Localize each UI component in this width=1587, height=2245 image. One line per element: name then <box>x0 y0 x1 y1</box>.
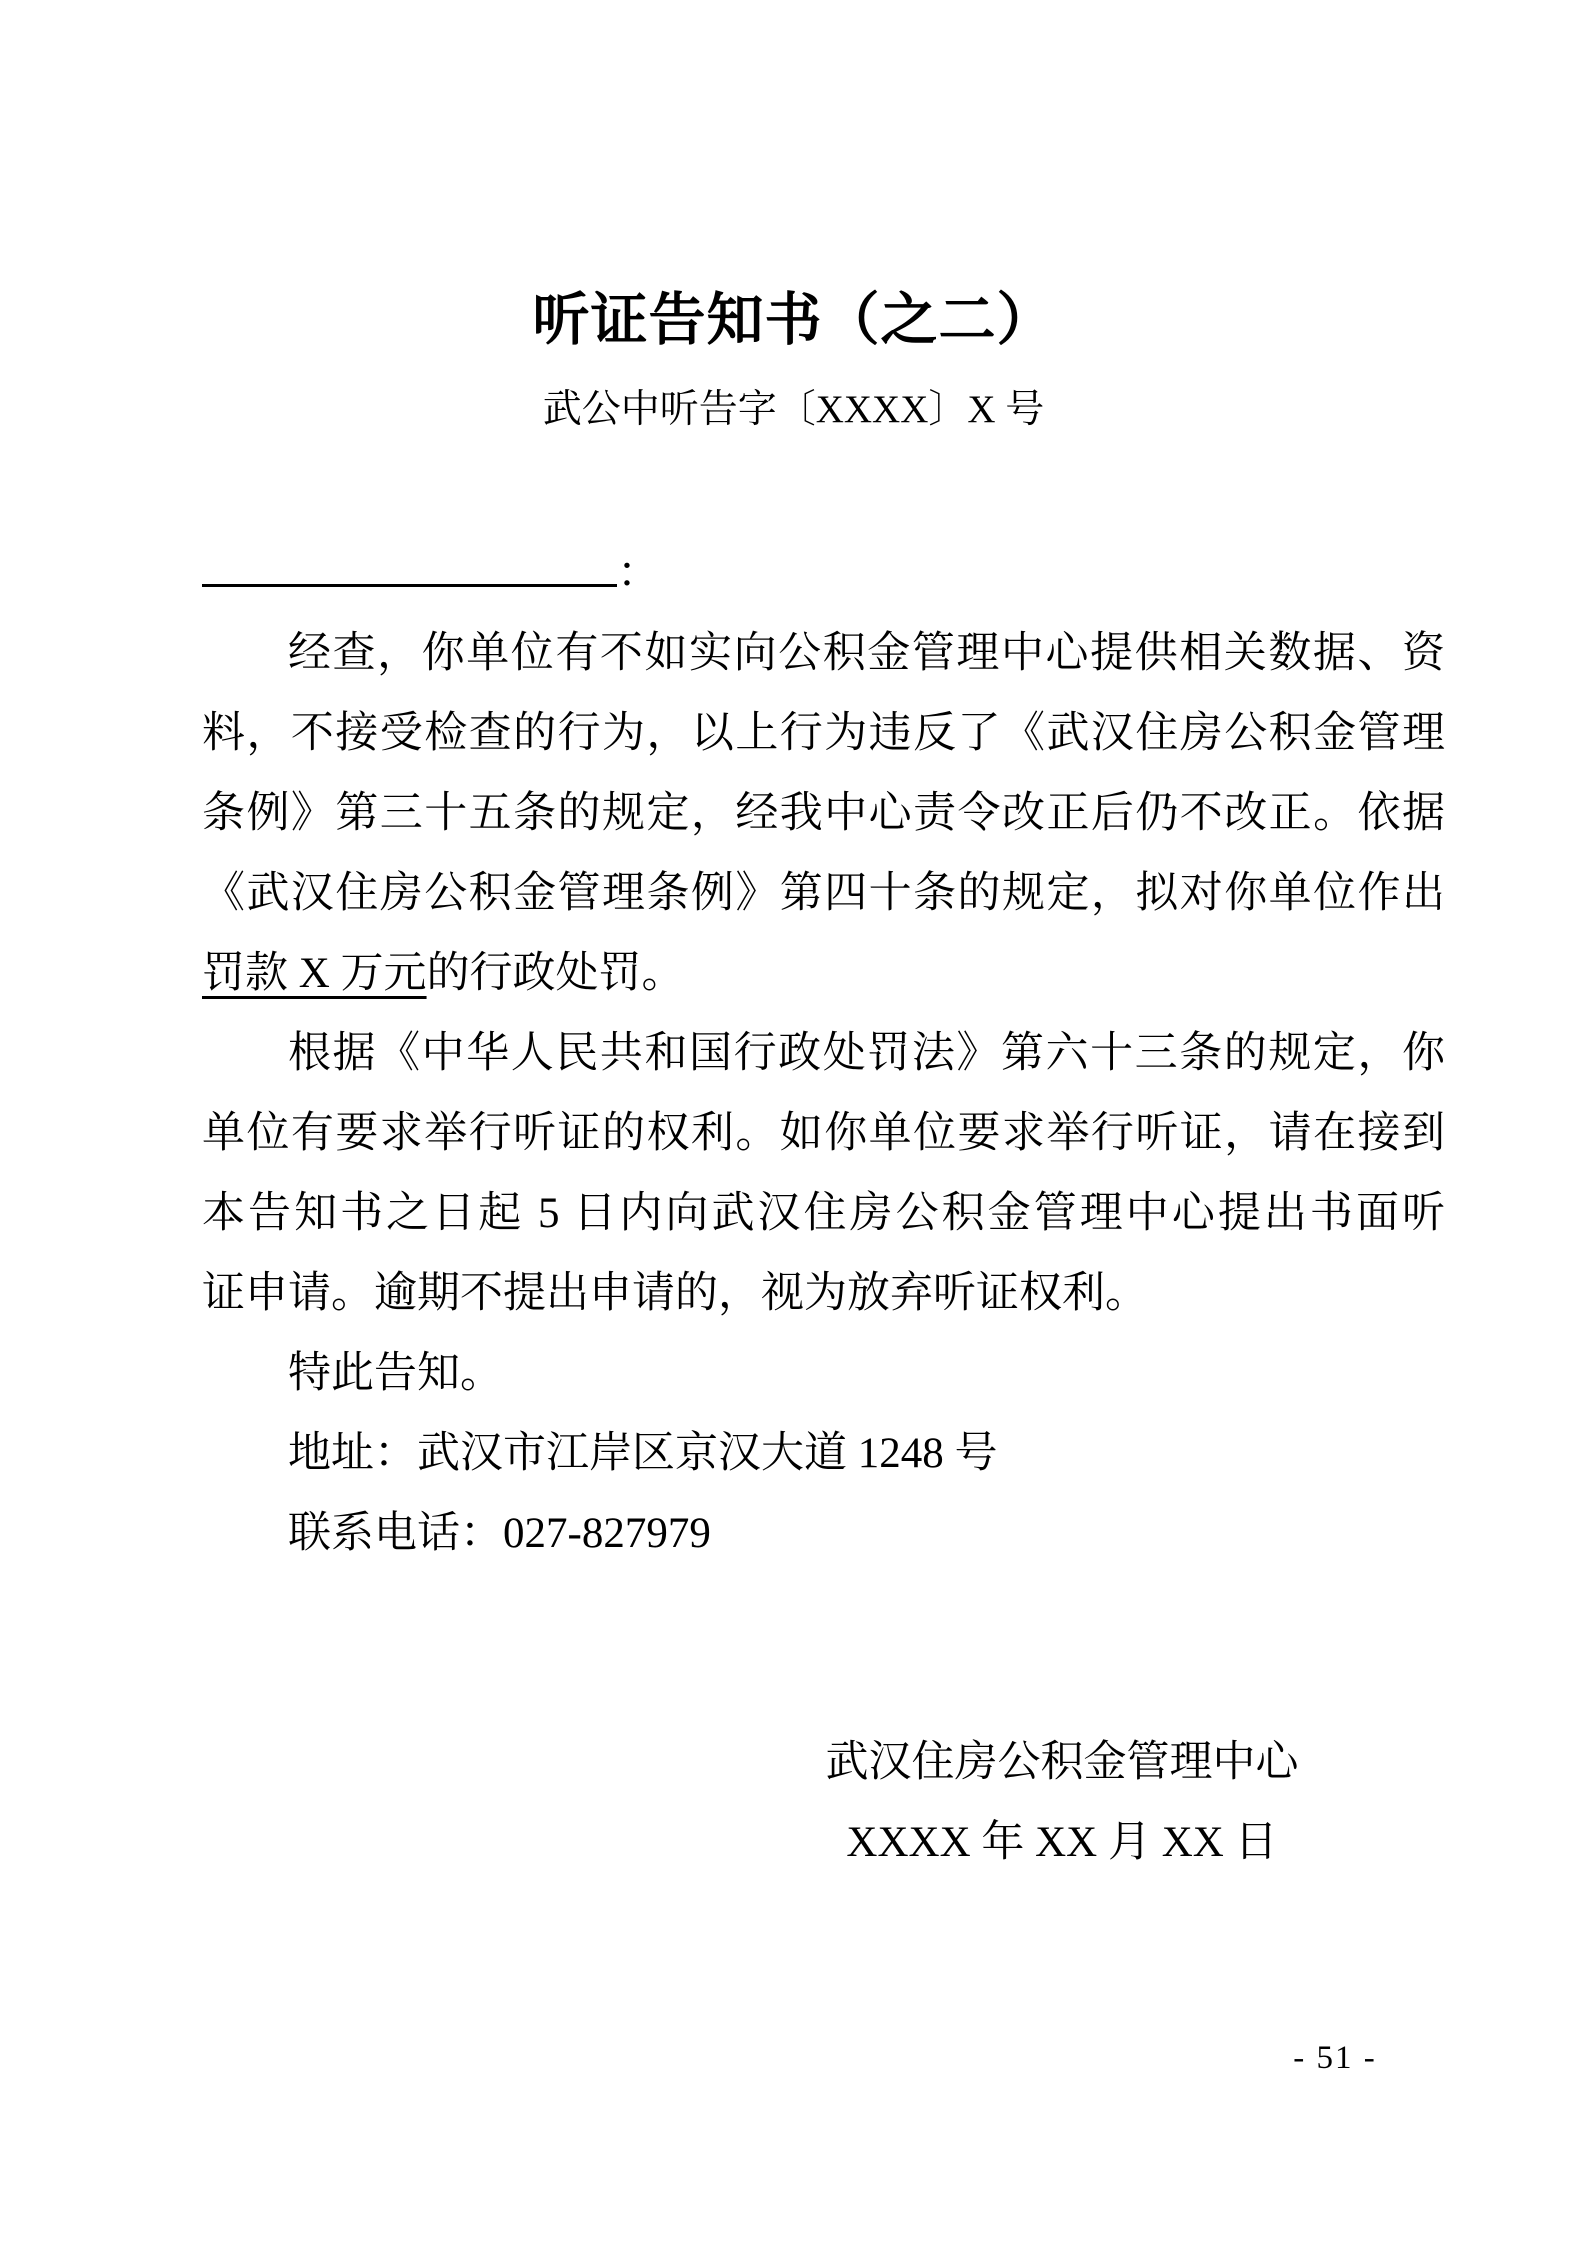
body-line: 料，不接受检查的行为，以上行为违反了《武汉住房公积金管理 <box>202 694 1445 774</box>
body-line: 地址：武汉市江岸区京汉大道 1248 号 <box>202 1414 1445 1494</box>
body-line: 《武汉住房公积金管理条例》第四十条的规定，拟对你单位作出 <box>202 854 1445 934</box>
text-segment: 地址：武汉市江岸区京汉大道 1248 号 <box>288 1430 998 1477</box>
recipient-blank-line <box>202 544 617 587</box>
signature-block: 武汉住房公积金管理中心 XXXX 年 XX 月 XX 日 <box>712 1723 1412 1883</box>
document-page: 听证告知书（之二） 武公中听告字〔XXXX〕X 号 ： 经查，你单位有不如实向公… <box>0 0 1587 2245</box>
text-segment: 特此告知。 <box>288 1350 503 1397</box>
signature-date: XXXX 年 XX 月 XX 日 <box>712 1803 1412 1883</box>
salutation-line: ： <box>202 534 1445 614</box>
text-segment: 证申请。逾期不提出申请的，视为放弃听证权利。 <box>202 1270 1148 1317</box>
body-line: 单位有要求举行听证的权利。如你单位要求举行听证，请在接到 <box>202 1094 1445 1174</box>
body-line: 条例》第三十五条的规定，经我中心责令改正后仍不改正。依据 <box>202 774 1445 854</box>
text-segment: 单位有要求举行听证的权利。如你单位要求举行听证，请在接到 <box>202 1110 1445 1157</box>
salutation-colon: ： <box>617 550 660 597</box>
text-segment: 本告知书之日起 5 日内向武汉住房公积金管理中心提出书面听 <box>202 1190 1445 1237</box>
body-line: 根据《中华人民共和国行政处罚法》第六十三条的规定，你 <box>202 1014 1445 1094</box>
body-line: 罚款 X 万元的行政处罚。 <box>202 934 1445 1014</box>
document-reference-number: 武公中听告字〔XXXX〕X 号 <box>0 377 1587 443</box>
text-segment: 的行政处罚。 <box>427 950 685 997</box>
body-text: 经查，你单位有不如实向公积金管理中心提供相关数据、资料，不接受检查的行为，以上行… <box>202 614 1445 1574</box>
body-line: 联系电话：027-827979 <box>202 1494 1445 1574</box>
body-line: 本告知书之日起 5 日内向武汉住房公积金管理中心提出书面听 <box>202 1174 1445 1254</box>
text-segment: 《武汉住房公积金管理条例》第四十条的规定，拟对你单位作出 <box>202 870 1445 917</box>
text-segment: 条例》第三十五条的规定，经我中心责令改正后仍不改正。依据 <box>202 790 1445 837</box>
body-line: 证申请。逾期不提出申请的，视为放弃听证权利。 <box>202 1254 1445 1334</box>
body-line: 特此告知。 <box>202 1334 1445 1414</box>
signature-organization: 武汉住房公积金管理中心 <box>712 1723 1412 1803</box>
underlined-text: 罚款 X 万元 <box>202 950 427 997</box>
text-segment: 经查，你单位有不如实向公积金管理中心提供相关数据、资 <box>288 630 1445 677</box>
document-title: 听证告知书（之二） <box>0 286 1587 356</box>
text-segment: 根据《中华人民共和国行政处罚法》第六十三条的规定，你 <box>288 1030 1445 1077</box>
body-line: 经查，你单位有不如实向公积金管理中心提供相关数据、资 <box>202 614 1445 694</box>
document-body: ： 经查，你单位有不如实向公积金管理中心提供相关数据、资料，不接受检查的行为，以… <box>202 534 1445 1574</box>
page-number: - 51 - <box>1240 2038 1430 2078</box>
text-segment: 联系电话：027-827979 <box>288 1510 711 1557</box>
text-segment: 料，不接受检查的行为，以上行为违反了《武汉住房公积金管理 <box>202 710 1445 757</box>
